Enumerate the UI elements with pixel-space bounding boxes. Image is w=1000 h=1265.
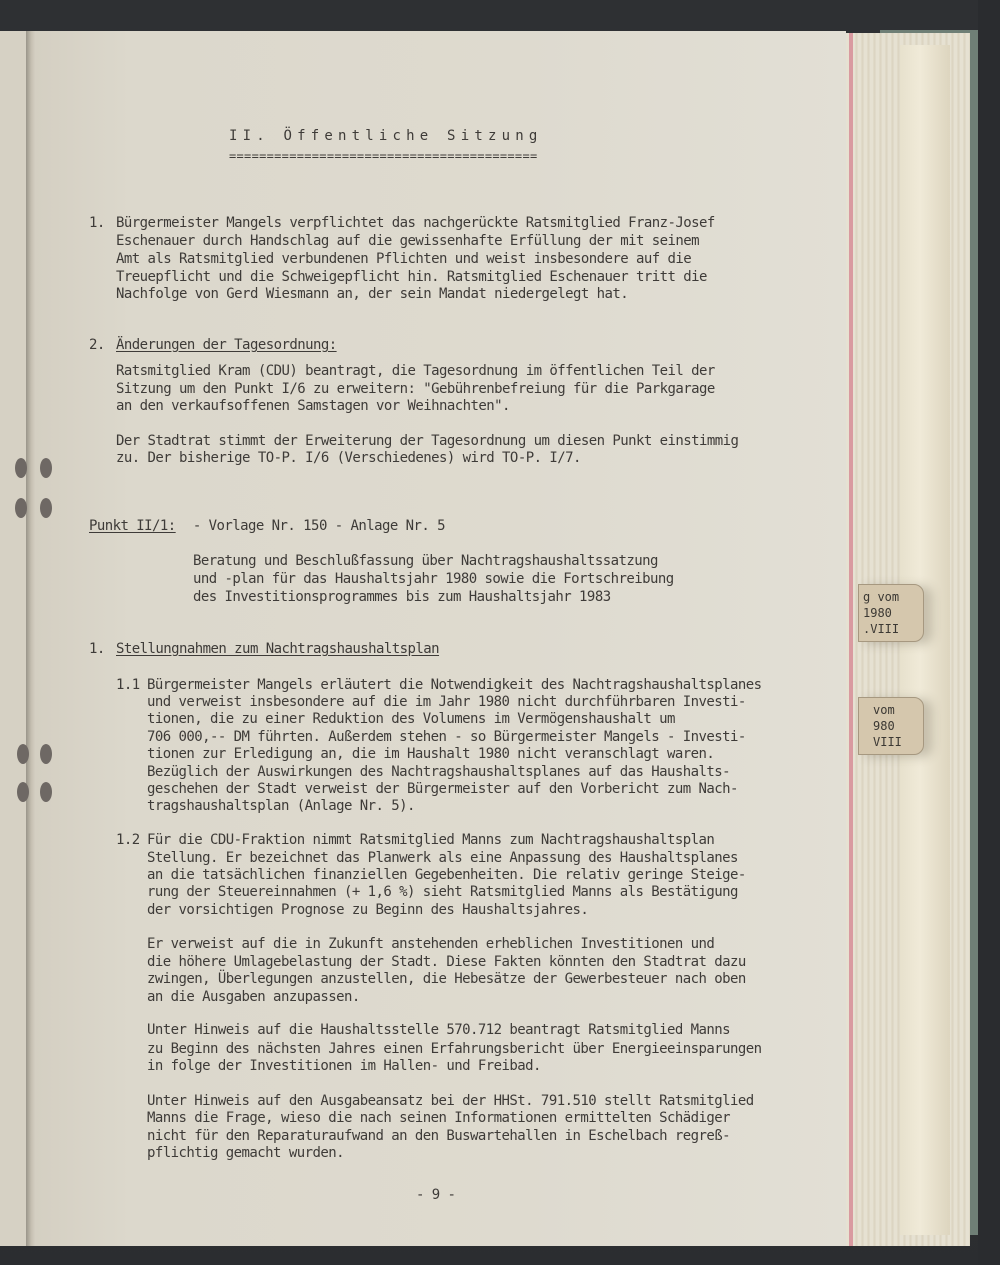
paragraph-line: an die tatsächlichen finanziellen Gegebe…: [147, 867, 746, 884]
tab-label: 1980: [863, 605, 923, 621]
paragraph-line: Treuepflicht und die Schweigepflicht hin…: [116, 269, 707, 286]
paragraph-line: Stellung. Er bezeichnet das Planwerk als…: [147, 850, 738, 867]
paragraph-line: Sitzung um den Punkt I/6 zu erweitern: "…: [116, 381, 715, 398]
paragraph-line: zwingen, Überlegungen anzustellen, die H…: [147, 971, 746, 988]
subitem-number: 1.1: [116, 677, 140, 694]
punch-hole-icon: [17, 744, 29, 764]
punch-hole-icon: [15, 458, 27, 478]
background-edge: [978, 0, 1000, 1265]
paragraph-line: Bürgermeister Mangels erläutert die Notw…: [147, 677, 762, 694]
paragraph-line: Unter Hinweis auf den Ausgabeansatz bei …: [147, 1093, 754, 1110]
page-number: - 9 -: [416, 1187, 455, 1204]
paragraph-line: Manns die Frage, wieso die nach seinen I…: [147, 1110, 730, 1127]
agenda-point-label: Punkt II/1:: [89, 518, 176, 535]
section-heading: Stellungnahmen zum Nachtragshaushaltspla…: [116, 641, 439, 658]
punch-hole-icon: [40, 782, 52, 802]
paragraph-line: Er verweist auf die in Zukunft anstehend…: [147, 936, 714, 953]
paragraph-line: nicht für den Reparaturaufwand an den Bu…: [147, 1128, 730, 1145]
subitem-number: 1.2: [116, 832, 140, 849]
agenda-subject-line: Beratung und Beschlußfassung über Nachtr…: [193, 553, 658, 570]
tab-label: VIII: [873, 734, 923, 750]
tab-label: g vom: [863, 589, 923, 605]
paragraph-line: pflichtig gemacht wurden.: [147, 1145, 344, 1162]
paragraph-line: 706 000,-- DM führten. Außerdem stehen -…: [147, 729, 746, 746]
paragraph-line: an die Ausgaben anzupassen.: [147, 989, 360, 1006]
tab-label: 980: [873, 718, 923, 734]
paragraph-line: Bürgermeister Mangels verpflichtet das n…: [116, 215, 715, 232]
paragraph-line: tionen zur Erledigung an, die im Haushal…: [147, 746, 714, 763]
punch-hole-icon: [15, 498, 27, 518]
paragraph-line: der vorsichtigen Prognose zu Beginn des …: [147, 902, 588, 919]
paragraph-line: die höhere Umlagebelastung der Stadt. Di…: [147, 954, 746, 971]
item-heading: Änderungen der Tagesordnung:: [116, 337, 337, 354]
left-facing-page: [0, 31, 28, 1246]
paragraph-line: Unter Hinweis auf die Haushaltsstelle 57…: [147, 1022, 730, 1039]
index-tab[interactable]: vom 980 VIII: [858, 697, 924, 755]
agenda-subject-line: des Investitionsprogrammes bis zum Haush…: [193, 589, 611, 606]
agenda-subject-line: und -plan für das Haushaltsjahr 1980 sow…: [193, 571, 674, 588]
punch-hole-icon: [40, 458, 52, 478]
item-number: 1.: [89, 641, 105, 658]
paragraph-line: tionen, die zu einer Reduktion des Volum…: [147, 711, 675, 728]
section-title: II. Öffentliche Sitzung: [229, 128, 542, 145]
paragraph-line: Bezüglich der Auswirkungen des Nachtrags…: [147, 764, 730, 781]
paragraph-line: Für die CDU-Fraktion nimmt Ratsmitglied …: [147, 832, 714, 849]
scanned-binder-page: g vom 1980 .VIII vom 980 VIII II. Öffent…: [0, 0, 1000, 1265]
tab-label: .VIII: [863, 621, 923, 637]
paragraph-line: Eschenauer durch Handschlag auf die gewi…: [116, 233, 699, 250]
paragraph-line: tragshaushaltsplan (Anlage Nr. 5).: [147, 798, 415, 815]
punch-hole-icon: [17, 782, 29, 802]
pink-page-edge: [849, 33, 853, 1246]
paragraph-line: an den verkaufsoffenen Samstagen vor Wei…: [116, 398, 510, 415]
punch-hole-icon: [40, 744, 52, 764]
paragraph-line: geschehen der Stadt verweist der Bürgerm…: [147, 781, 738, 798]
tab-label: vom: [873, 702, 923, 718]
item-number: 1.: [89, 215, 105, 232]
title-underline: ========================================…: [229, 148, 538, 165]
paragraph-line: Ratsmitglied Kram (CDU) beantragt, die T…: [116, 363, 715, 380]
paragraph-line: in folge der Investitionen im Hallen- un…: [147, 1058, 541, 1075]
punch-hole-icon: [40, 498, 52, 518]
agenda-point-reference: - Vorlage Nr. 150 - Anlage Nr. 5: [185, 518, 445, 535]
paragraph-line: Der Stadtrat stimmt der Erweiterung der …: [116, 433, 738, 450]
paragraph-line: rung der Steuereinnahmen (+ 1,6 %) sieht…: [147, 884, 738, 901]
paragraph-line: und verweist insbesondere auf die im Jah…: [147, 694, 746, 711]
paragraph-line: Nachfolge von Gerd Wiesmann an, der sein…: [116, 286, 628, 303]
paragraph-line: zu. Der bisherige TO-P. I/6 (Verschieden…: [116, 450, 581, 467]
binding-gutter: [26, 31, 35, 1246]
paragraph-line: Amt als Ratsmitglied verbundenen Pflicht…: [116, 251, 691, 268]
item-number: 2.: [89, 337, 105, 354]
paragraph-line: zu Beginn des nächsten Jahres einen Erfa…: [147, 1041, 762, 1058]
index-tab[interactable]: g vom 1980 .VIII: [858, 584, 924, 642]
